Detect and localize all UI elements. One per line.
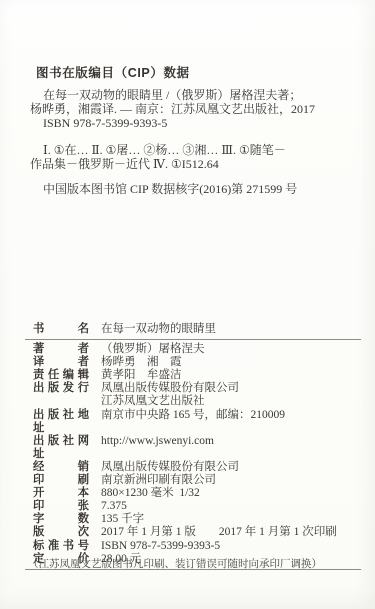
colophon-row-value: 杨晔勇 湘 霞 [101,356,182,369]
colophon-row-label: 印张 [33,500,89,513]
colophon-row: 出版发行 凤凰出版传媒股份有限公司 [25,382,361,395]
colophon-row: 书名 在每一双动物的眼睛里 [25,323,361,340]
colophon-row: 印张 7.375 [25,500,361,513]
cip-classification-block: Ⅰ. ①在… Ⅱ. ①屠… ②杨… ③湘… Ⅲ. ①随笔－ 作品集－俄罗斯－近代… [30,144,359,172]
cip-text-line: 杨晔勇，湘霞译. — 南京：江苏凤凰文艺出版社，2017 [30,103,359,117]
colophon-row-label: 出版社地址 [33,409,89,435]
colophon-row-value: 江苏凤凰文艺出版社 [101,395,205,408]
colophon-row-value: http://www.jswenyi.com [101,435,214,448]
cip-registry-line: 中国版本图书馆 CIP 数据核字(2016)第 271599 号 [43,180,297,197]
cip-text-line: 作品集－俄罗斯－近代 Ⅳ. ①I512.64 [30,158,359,172]
colophon-row: 字数 135 千字 [25,513,361,526]
colophon-row: 开本 880×1230 毫米 1/32 [25,487,361,500]
colophon-row: 责任编辑 黄孝阳 牟盛洁 [25,369,361,382]
colophon-row-value: ISBN 978-7-5399-9393-5 [101,540,220,553]
colophon-row-label: 印刷 [33,474,89,487]
cip-text-line: 在每一双动物的眼睛里 /（俄罗斯）屠格涅夫著； [30,89,359,103]
colophon-table: 书名 在每一双动物的眼睛里 著者 （俄罗斯）屠格涅夫 译者 杨晔勇 湘 霞 责任… [25,323,361,573]
colophon-row-value: 凤凰出版传媒股份有限公司 [101,461,239,474]
colophon-row-value: 在每一双动物的眼睛里 [101,323,216,336]
colophon-row-label: 开本 [33,487,89,500]
colophon-row-label: 经销 [33,461,89,474]
colophon-row: 经销 凤凰出版传媒股份有限公司 [25,461,361,474]
book-copyright-page: 图书在版编目（CIP）数据 在每一双动物的眼睛里 /（俄罗斯）屠格涅夫著； 杨晔… [0,0,375,609]
colophon-row-label: 字数 [33,513,89,526]
colophon-row-label: 译者 [33,356,89,369]
colophon-row: 著者 （俄罗斯）屠格涅夫 [25,343,361,356]
cip-heading: 图书在版编目（CIP）数据 [36,63,190,81]
colophon-row-value: 135 千字 [101,513,144,526]
colophon-row-value: （俄罗斯）屠格涅夫 [101,343,205,356]
colophon-row-value: 黄孝阳 牟盛洁 [101,369,182,382]
colophon-row-value: 南京市中央路 165 号，邮编：210009 [101,409,285,422]
colophon-row: 出版社网址 http://www.jswenyi.com [25,435,361,461]
cip-record-block: 在每一双动物的眼睛里 /（俄罗斯）屠格涅夫著； 杨晔勇，湘霞译. — 南京：江苏… [30,89,359,130]
cip-text-line: Ⅰ. ①在… Ⅱ. ①屠… ②杨… ③湘… Ⅲ. ①随笔－ [30,144,359,158]
colophon-row-label: 书名 [33,323,89,336]
colophon-row-label: 出版社网址 [33,435,89,461]
colophon-row-value: 880×1230 毫米 1/32 [101,487,200,500]
colophon-row-label: 著者 [33,343,89,356]
cip-text-line: ISBN 978-7-5399-9393-5 [30,117,359,131]
colophon-row-label: 版次 [33,526,89,539]
colophon-row-label: 责任编辑 [33,369,89,382]
footer-note: （江苏凤凰文艺版图书凡印刷、装订错误可随时向承印厂调换） [28,556,322,571]
colophon-row: 出版社地址 南京市中央路 165 号，邮编：210009 [25,409,361,435]
colophon-row-value: 凤凰出版传媒股份有限公司 [101,382,239,395]
colophon-row: 印刷 南京新洲印刷有限公司 [25,474,361,487]
colophon-row: 版次 2017 年 1 月第 1 版 2017 年 1 月第 1 次印刷 [25,526,361,539]
colophon-row-label: 标准书号 [33,540,89,553]
colophon-row: 译者 杨晔勇 湘 霞 [25,356,361,369]
colophon-row: 江苏凤凰文艺出版社 [25,395,361,408]
colophon-row-value: 2017 年 1 月第 1 版 2017 年 1 月第 1 次印刷 [101,526,337,539]
colophon-row-value: 7.375 [101,500,127,513]
colophon-row-label: 出版发行 [33,382,89,395]
colophon-row-value: 南京新洲印刷有限公司 [101,474,216,487]
colophon-row: 标准书号 ISBN 978-7-5399-9393-5 [25,540,361,553]
